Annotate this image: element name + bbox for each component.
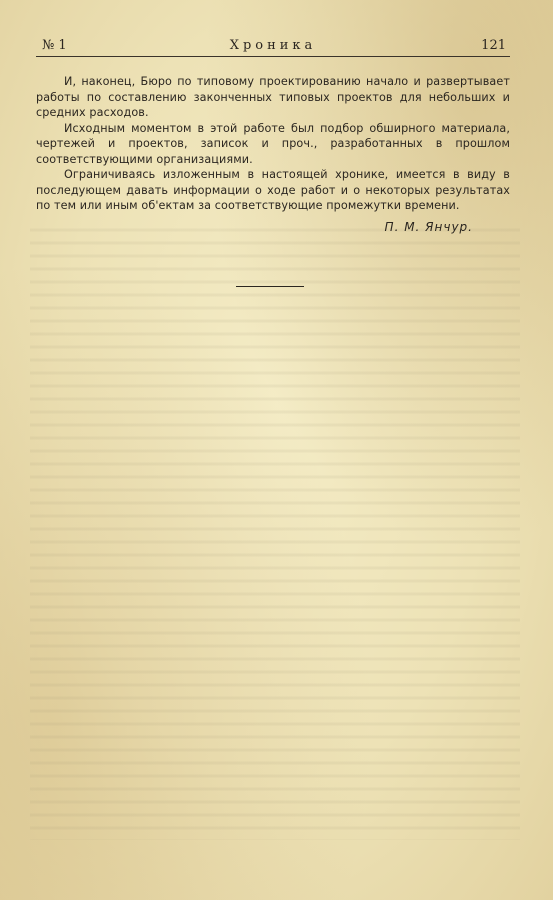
paragraph: Исходным моментом в этой работе был подб… [36, 121, 510, 168]
paragraph: Ограничиваясь изложенным в настоящей хро… [36, 167, 510, 214]
article-body: И, наконец, Бюро по типовому проектирова… [36, 74, 510, 214]
paragraph: И, наконец, Бюро по типовому проектирова… [36, 74, 510, 121]
page-header: № 1 Хроника 121 [36, 38, 510, 57]
page-number: 121 [481, 38, 506, 53]
section-title: Хроника [36, 38, 510, 53]
section-divider [236, 286, 304, 287]
paper-bleed-through [30, 220, 520, 840]
author-signature: П. М. Янчур. [385, 220, 473, 234]
